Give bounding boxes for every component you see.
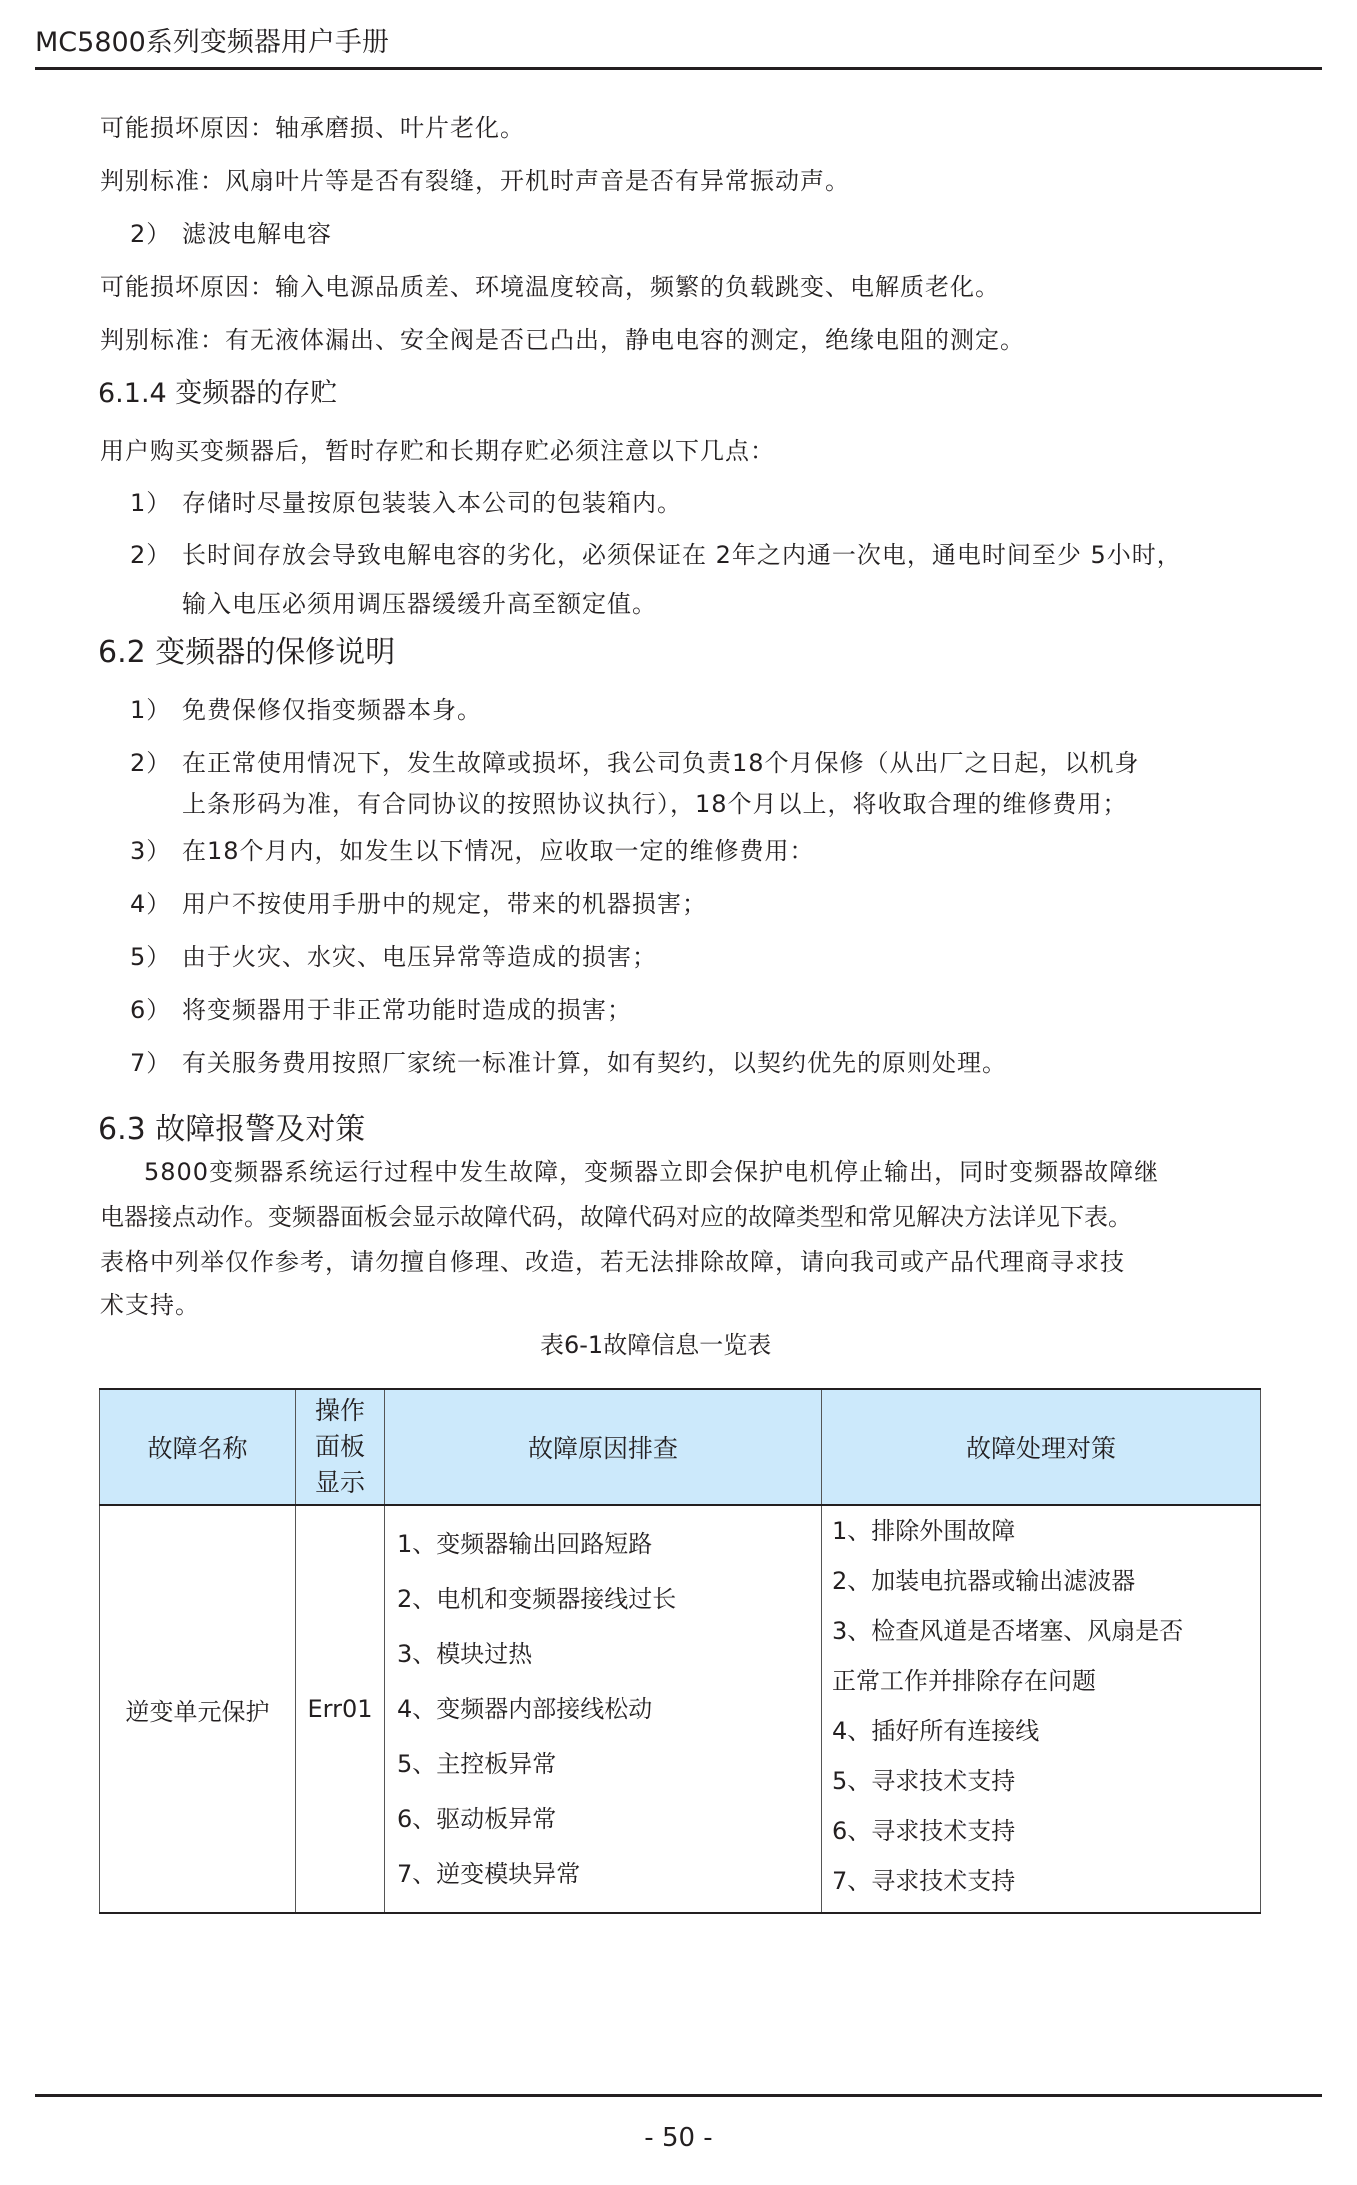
section-heading-6-1-4: 6.1.4 变频器的存贮 xyxy=(98,377,337,411)
cause-item: 1、变频器输出回路短路 xyxy=(397,1517,821,1572)
list-item: 7）有关服务费用按照厂家统一标准计算，如有契约，以契约优先的原则处理。 xyxy=(130,1048,1007,1078)
cause-item: 4、变频器内部接线松动 xyxy=(397,1682,821,1737)
list-number: 1） xyxy=(130,695,182,725)
fault-paragraph-line: 5800变频器系统运行过程中发生故障，变频器立即会保护电机停止输出，同时变频器故… xyxy=(144,1157,1159,1187)
list-number: 7） xyxy=(130,1048,182,1078)
cause-item: 5、主控板异常 xyxy=(397,1737,821,1792)
fault-causes-cell: 1、变频器输出回路短路 2、电机和变频器接线过长 3、模块过热 4、变频器内部接… xyxy=(385,1505,822,1913)
list-item: 5）由于火灾、水灾、电压异常等造成的损害； xyxy=(130,942,657,972)
list-text: 存储时尽量按原包装装入本公司的包装箱内。 xyxy=(182,489,682,517)
section-heading-6-2: 6.2 变频器的保修说明 xyxy=(98,634,395,672)
table-caption: 表6-1故障信息一览表 xyxy=(540,1330,771,1360)
cause-item: 6、驱动板异常 xyxy=(397,1792,821,1847)
list-number: 1） xyxy=(130,488,182,518)
fault-code-cell: Err01 xyxy=(296,1505,385,1913)
list-number: 2） xyxy=(130,748,182,778)
cause-item: 2、电机和变频器接线过长 xyxy=(397,1572,821,1627)
fault-info-table: 故障名称 操作 面板 显示 故障原因排查 故障处理对策 逆变单元保护 Err01… xyxy=(99,1388,1261,1914)
list-text: 在18个月内，如发生以下情况，应收取一定的维修费用： xyxy=(182,837,815,865)
table-header-row: 故障名称 操作 面板 显示 故障原因排查 故障处理对策 xyxy=(100,1389,1261,1505)
fan-damage-cause: 可能损坏原因：轴承磨损、叶片老化。 xyxy=(100,113,525,143)
section-heading-6-3: 6.3 故障报警及对策 xyxy=(98,1111,365,1149)
cause-item: 7、逆变模块异常 xyxy=(397,1847,821,1902)
list-number: 3） xyxy=(130,836,182,866)
fault-paragraph-line: 术支持。 xyxy=(100,1290,200,1320)
action-item: 7、寻求技术支持 xyxy=(832,1856,1260,1906)
list-text: 有关服务费用按照厂家统一标准计算，如有契约，以契约优先的原则处理。 xyxy=(182,1049,1007,1077)
list-text: 用户不按使用手册中的规定，带来的机器损害； xyxy=(182,890,707,918)
column-header-fault-name: 故障名称 xyxy=(100,1389,296,1505)
list-text: 在正常使用情况下，发生故障或损坏，我公司负责18个月保修（从出厂之日起，以机身 xyxy=(182,749,1140,777)
manual-title: MC5800系列变频器用户手册 xyxy=(35,26,389,60)
column-header-panel-display: 操作 面板 显示 xyxy=(296,1389,385,1505)
list-number: 4） xyxy=(130,889,182,919)
action-item: 5、寻求技术支持 xyxy=(832,1756,1260,1806)
list-item: 4）用户不按使用手册中的规定，带来的机器损害； xyxy=(130,889,707,919)
list-number: 5） xyxy=(130,942,182,972)
header-rule xyxy=(35,67,1322,70)
list-number: 6） xyxy=(130,995,182,1025)
table-row: 逆变单元保护 Err01 1、变频器输出回路短路 2、电机和变频器接线过长 3、… xyxy=(100,1505,1261,1913)
cause-item: 3、模块过热 xyxy=(397,1627,821,1682)
action-item: 3、检查风道是否堵塞、风扇是否 xyxy=(832,1606,1260,1656)
list-number: 2） xyxy=(130,219,182,249)
list-item-continuation: 上条形码为准，有合同协议的按照协议执行），18个月以上，将收取合理的维修费用； xyxy=(182,789,1128,819)
capacitor-item: 2）滤波电解电容 xyxy=(130,219,332,249)
list-text: 由于火灾、水灾、电压异常等造成的损害； xyxy=(182,943,657,971)
storage-intro: 用户购买变频器后，暂时存贮和长期存贮必须注意以下几点： xyxy=(100,436,775,466)
list-text: 将变频器用于非正常功能时造成的损害； xyxy=(182,996,632,1024)
action-item: 4、插好所有连接线 xyxy=(832,1706,1260,1756)
action-item: 6、寻求技术支持 xyxy=(832,1806,1260,1856)
list-item: 3）在18个月内，如发生以下情况，应收取一定的维修费用： xyxy=(130,836,815,866)
list-number: 2） xyxy=(130,540,182,570)
capacitor-damage-cause: 可能损坏原因：输入电源品质差、环境温度较高，频繁的负载跳变、电解质老化。 xyxy=(100,272,1000,302)
fault-name-cell: 逆变单元保护 xyxy=(100,1505,296,1913)
list-item: 1）免费保修仅指变频器本身。 xyxy=(130,695,482,725)
column-header-countermeasure: 故障处理对策 xyxy=(822,1389,1261,1505)
fault-paragraph-line: 电器接点动作。变频器面板会显示故障代码，故障代码对应的故障类型和常见解决方法详见… xyxy=(100,1202,1132,1232)
list-item-continuation: 输入电压必须用调压器缓缓升高至额定值。 xyxy=(182,589,657,619)
list-item: 2）在正常使用情况下，发生故障或损坏，我公司负责18个月保修（从出厂之日起，以机… xyxy=(130,748,1140,778)
list-item: 6）将变频器用于非正常功能时造成的损害； xyxy=(130,995,632,1025)
list-item: 2）长时间存放会导致电解电容的劣化，必须保证在 2年之内通一次电，通电时间至少 … xyxy=(130,540,1182,570)
column-header-cause-check: 故障原因排查 xyxy=(385,1389,822,1505)
list-text: 滤波电解电容 xyxy=(182,220,332,248)
list-text: 长时间存放会导致电解电容的劣化，必须保证在 2年之内通一次电，通电时间至少 5小… xyxy=(182,541,1182,569)
action-item: 2、加装电抗器或输出滤波器 xyxy=(832,1556,1260,1606)
fault-actions-cell: 1、排除外围故障 2、加装电抗器或输出滤波器 3、检查风道是否堵塞、风扇是否 正… xyxy=(822,1505,1261,1913)
list-item: 1）存储时尽量按原包装装入本公司的包装箱内。 xyxy=(130,488,682,518)
fan-criteria: 判别标准：风扇叶片等是否有裂缝，开机时声音是否有异常振动声。 xyxy=(100,166,850,196)
fault-paragraph-line: 表格中列举仅作参考，请勿擅自修理、改造，若无法排除故障，请向我司或产品代理商寻求… xyxy=(100,1247,1125,1277)
page-number: - 50 - xyxy=(0,2122,1357,2154)
action-item: 1、排除外围故障 xyxy=(832,1506,1260,1556)
footer-rule xyxy=(35,2094,1322,2097)
list-text: 免费保修仅指变频器本身。 xyxy=(182,696,482,724)
capacitor-criteria: 判别标准：有无液体漏出、安全阀是否已凸出，静电电容的测定，绝缘电阻的测定。 xyxy=(100,325,1025,355)
action-item: 正常工作并排除存在问题 xyxy=(832,1656,1260,1706)
